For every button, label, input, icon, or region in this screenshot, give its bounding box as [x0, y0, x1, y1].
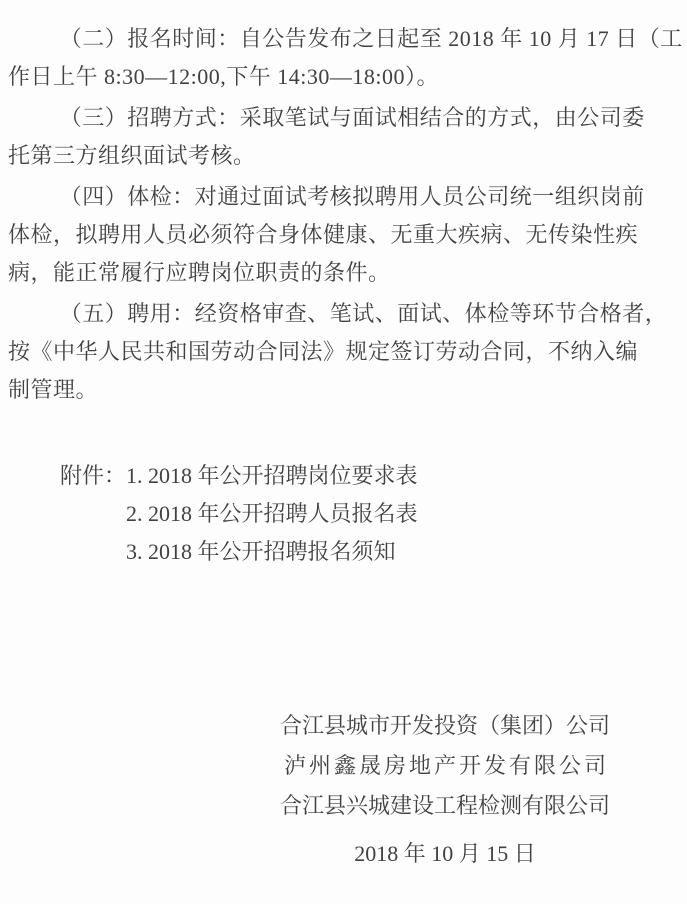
- paragraph: （五）聘用：经资格审查、笔试、面试、体检等环节合格者， 按《中华人民共和国劳动合…: [8, 295, 657, 409]
- body-line: （五）聘用：经资格审查、笔试、面试、体检等环节合格者，: [8, 295, 657, 333]
- body-line: 作日上午 8:30—12:00,下午 14:30—18:00）。: [8, 58, 657, 96]
- attachment-item: 2. 2018 年公开招聘人员报名表: [126, 495, 657, 533]
- attachment-item: 1. 2018 年公开招聘岗位要求表: [126, 457, 657, 495]
- company-name: 合江县兴城建设工程检测有限公司: [275, 786, 615, 826]
- body-line: （四）体检：对通过面试考核拟聘用人员公司统一组织岗前: [8, 178, 657, 216]
- body-line: 按《中华人民共和国劳动合同法》规定签订劳动合同，不纳入编: [8, 333, 657, 371]
- body-line: 托第三方组织面试考核。: [8, 137, 657, 175]
- company-name: 合江县城市开发投资（集团）公司: [275, 706, 615, 746]
- body-line: 病，能正常履行应聘岗位职责的条件。: [8, 254, 657, 292]
- attachments-section: 附件： 1. 2018 年公开招聘岗位要求表 2. 2018 年公开招聘人员报名…: [60, 457, 657, 571]
- document-body: （二）报名时间：自公告发布之日起至 2018 年 10 月 17 日（工 作日上…: [0, 0, 687, 874]
- document-page: （二）报名时间：自公告发布之日起至 2018 年 10 月 17 日（工 作日上…: [0, 0, 687, 904]
- body-line: （二）报名时间：自公告发布之日起至 2018 年 10 月 17 日（工: [8, 20, 657, 58]
- body-line: （三）招聘方式：采取笔试与面试相结合的方式，由公司委: [8, 99, 657, 137]
- signature-date: 2018 年 10 月 15 日: [275, 834, 615, 874]
- body-line: 制管理。: [8, 371, 657, 409]
- paragraph: （三）招聘方式：采取笔试与面试相结合的方式，由公司委 托第三方组织面试考核。: [8, 99, 657, 175]
- paragraph: （二）报名时间：自公告发布之日起至 2018 年 10 月 17 日（工 作日上…: [8, 20, 657, 96]
- attachments-list: 1. 2018 年公开招聘岗位要求表 2. 2018 年公开招聘人员报名表 3.…: [126, 457, 657, 571]
- body-line: 体检，拟聘用人员必须符合身体健康、无重大疾病、无传染性疾: [8, 216, 657, 254]
- attachments-label: 附件：: [60, 457, 126, 495]
- signature-block: 合江县城市开发投资（集团）公司 泸州鑫晟房地产开发有限公司 合江县兴城建设工程检…: [275, 706, 615, 874]
- paragraph: （四）体检：对通过面试考核拟聘用人员公司统一组织岗前 体检，拟聘用人员必须符合身…: [8, 178, 657, 292]
- company-name: 泸州鑫晟房地产开发有限公司: [275, 746, 618, 786]
- attachment-item: 3. 2018 年公开招聘报名须知: [126, 533, 657, 571]
